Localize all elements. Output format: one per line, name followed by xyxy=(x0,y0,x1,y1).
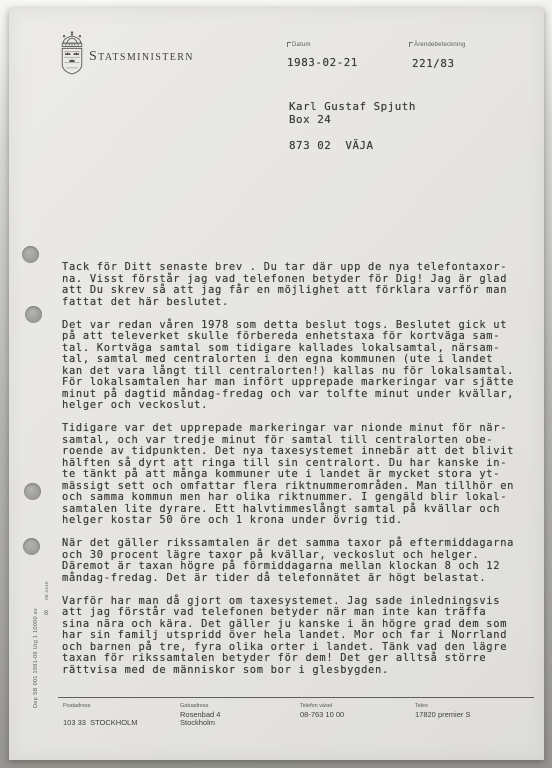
reference-value: 221/83 xyxy=(412,57,455,70)
paragraph: Varför har man då gjort om taxesystemet.… xyxy=(62,596,534,677)
footer-label: Telefon växel xyxy=(300,703,344,709)
paragraph: Det var redan våren 1978 som detta beslu… xyxy=(62,320,534,412)
footer-telex: Telex 17820 premier S xyxy=(415,703,470,719)
recipient-address: Karl Gustaf Spjuth Box 24 873 02 VÄJA xyxy=(289,100,416,152)
scanned-letter-photo: { "letterhead": { "agency": "Statsminist… xyxy=(0,0,552,768)
form-small-code: 08 4445 xyxy=(45,568,51,600)
paragraph: När det gäller rikssamtalen är det samma… xyxy=(62,538,534,584)
reference-label: Ärendebeteckning xyxy=(409,42,466,48)
form-corner-mark xyxy=(287,42,291,47)
punch-hole xyxy=(23,538,40,555)
footer-value: Rosenbad 4 Stockholm xyxy=(180,711,220,729)
punch-hole xyxy=(25,306,42,323)
footer-value: 08-763 10 00 xyxy=(300,711,344,720)
footer-phone: Telefon växel 08-763 10 00 xyxy=(300,703,344,719)
footer-value: 103 33 STOCKHOLM xyxy=(63,711,137,729)
punch-hole xyxy=(24,483,41,500)
date-label: Datum xyxy=(287,42,311,48)
footer-value: 17820 premier S xyxy=(415,711,470,720)
agency-name: Statsministern xyxy=(89,49,194,65)
footer-label: Telex xyxy=(415,703,470,709)
footer-divider xyxy=(58,697,534,698)
paragraph: Tidigare var det upprepade markeringar v… xyxy=(62,423,534,527)
footer-label: Gatuadress xyxy=(180,703,220,709)
form-corner-mark xyxy=(409,42,413,47)
footer-postal-address: Postadress 103 33 STOCKHOLM xyxy=(63,703,137,728)
letter-body: Tack för Ditt senaste brev . Du tar där … xyxy=(62,262,534,688)
form-print-code: Dep SB 001 1981-08 Utg 1 10000 ex xyxy=(33,588,41,708)
footer-label: Postadress xyxy=(63,703,137,709)
letter-page: Statsministern Datum 1983-02-21 Ärendebe… xyxy=(9,8,544,760)
page-number: 8 xyxy=(44,608,48,617)
punch-hole xyxy=(22,246,39,263)
paragraph: Tack för Ditt senaste brev . Du tar där … xyxy=(62,262,534,308)
swedish-royal-crest-icon xyxy=(58,30,86,76)
date-value: 1983-02-21 xyxy=(287,56,358,69)
footer-street-address: Gatuadress Rosenbad 4 Stockholm xyxy=(180,703,220,728)
